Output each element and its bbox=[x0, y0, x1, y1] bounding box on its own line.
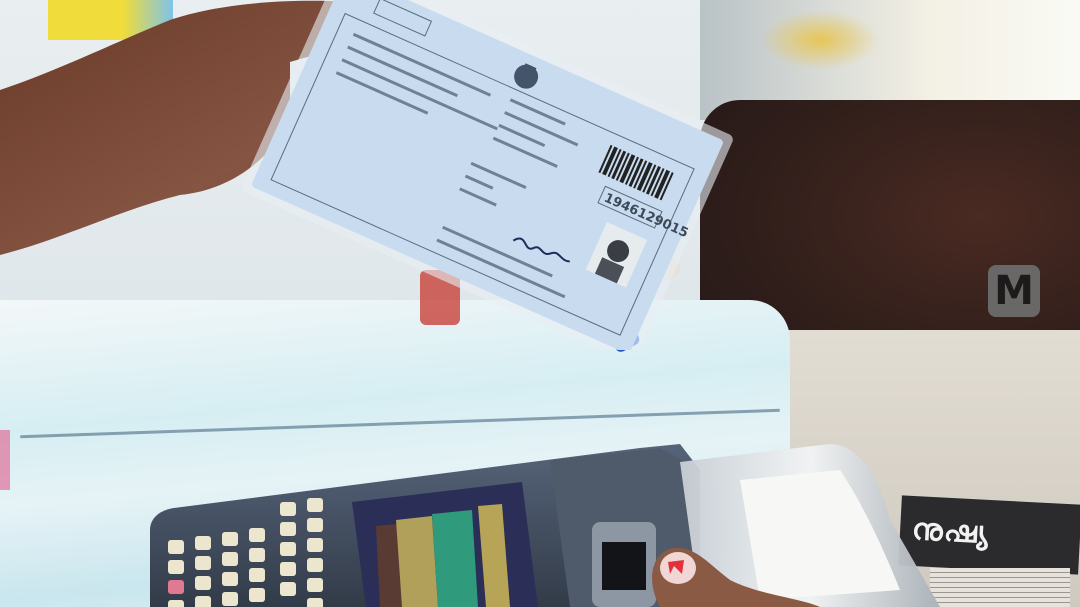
keypad-key[interactable] bbox=[280, 502, 296, 516]
keypad-key[interactable] bbox=[222, 552, 238, 566]
thumb-on-scanner bbox=[640, 540, 820, 607]
keypad-key[interactable] bbox=[249, 528, 265, 542]
keypad-key[interactable] bbox=[222, 572, 238, 586]
watermark-letter: M bbox=[994, 268, 1034, 314]
keypad-key[interactable] bbox=[195, 576, 211, 590]
keypad-key[interactable] bbox=[249, 588, 265, 602]
towel-edge-pink bbox=[0, 430, 10, 490]
ration-card: 1946129015 bbox=[230, 0, 760, 350]
keypad-key[interactable] bbox=[249, 568, 265, 582]
keypad-key[interactable] bbox=[307, 498, 323, 512]
keypad-key[interactable] bbox=[195, 596, 211, 607]
keypad-key[interactable] bbox=[280, 582, 296, 596]
keypad-key[interactable] bbox=[168, 560, 184, 574]
epos-device bbox=[140, 440, 960, 607]
brand-logo-icon: M bbox=[988, 265, 1040, 317]
keypad-key[interactable] bbox=[249, 548, 265, 562]
keypad-key[interactable] bbox=[222, 592, 238, 606]
background-yellow-blur bbox=[760, 10, 880, 70]
keypad-key[interactable] bbox=[280, 562, 296, 576]
keypad-key[interactable] bbox=[280, 542, 296, 556]
keypad-key[interactable] bbox=[307, 518, 323, 532]
photo-scene: നുഷ്യ bbox=[0, 0, 1080, 607]
keypad-key[interactable] bbox=[168, 600, 184, 607]
keypad-key[interactable] bbox=[195, 536, 211, 550]
keypad-key[interactable] bbox=[168, 580, 184, 594]
keypad-key[interactable] bbox=[307, 578, 323, 592]
keypad-key[interactable] bbox=[307, 598, 323, 607]
keypad-key[interactable] bbox=[195, 556, 211, 570]
keypad-key[interactable] bbox=[222, 532, 238, 546]
keypad-key[interactable] bbox=[280, 522, 296, 536]
keypad-key[interactable] bbox=[168, 540, 184, 554]
keypad-key[interactable] bbox=[307, 538, 323, 552]
keypad-key[interactable] bbox=[307, 558, 323, 572]
